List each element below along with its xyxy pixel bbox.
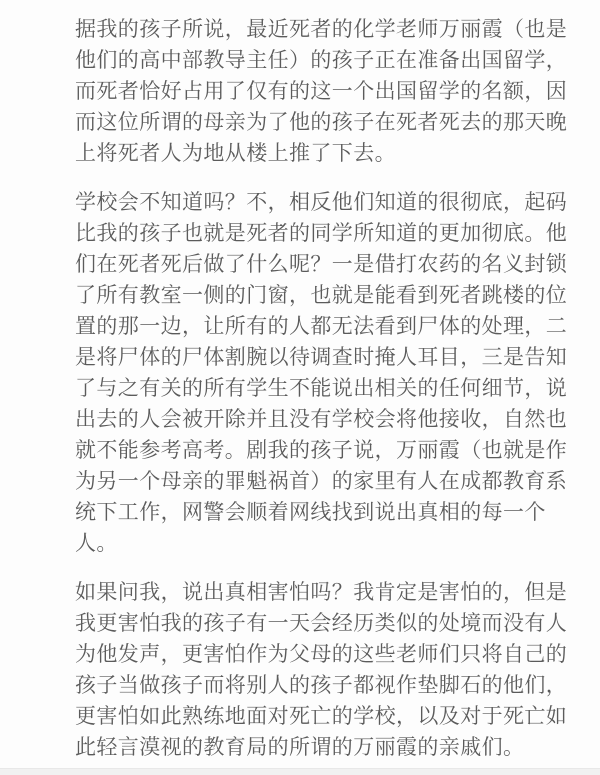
text-line: 就不能参考高考。剧我的孩子说，万丽霞（也就是作 <box>75 435 575 466</box>
text-line: 置的那一边，让所有的人都无法看到尸体的处理，二 <box>75 311 575 342</box>
paragraph-3: 如果问我，说出真相害怕吗？我肯定是害怕的，但是 我更害怕我的孩子有一天会经历类似… <box>75 577 575 763</box>
text-line: 而这位所谓的母亲为了他的孩子在死者死去的那天晚 <box>75 107 575 138</box>
text-line: 他们的高中部教导主任）的孩子正在准备出国留学， <box>75 45 575 76</box>
text-line: 我更害怕我的孩子有一天会经历类似的处境而没有人 <box>75 608 575 639</box>
text-line: 如果问我，说出真相害怕吗？我肯定是害怕的，但是 <box>75 577 575 608</box>
text-line: 上将死者人为地从楼上推了下去。 <box>75 138 575 169</box>
text-line: 是将尸体的尸体割腕以待调查时掩人耳目，三是告知 <box>75 342 575 373</box>
text-line: 人。 <box>75 528 575 559</box>
text-line: 出去的人会被开除并且没有学校会将他接收，自然也 <box>75 404 575 435</box>
text-line: 而死者恰好占用了仅有的这一个出国留学的名额，因 <box>75 76 575 107</box>
paragraph-1: 据我的孩子所说，最近死者的化学老师万丽霞（也是 他们的高中部教导主任）的孩子正在… <box>75 14 575 169</box>
text-line: 们在死者死后做了什么呢？一是借打农药的名义封锁 <box>75 249 575 280</box>
bottom-panel-edge <box>0 768 600 775</box>
text-line: 为他发声，更害怕作为父母的这些老师们只将自己的 <box>75 639 575 670</box>
text-line: 统下工作，网警会顺着网线找到说出真相的每一个 <box>75 497 575 528</box>
text-line: 孩子当做孩子而将别人的孩子都视作垫脚石的他们， <box>75 670 575 701</box>
text-line: 学校会不知道吗？不，相反他们知道的很彻底，起码 <box>75 187 575 218</box>
text-line: 据我的孩子所说，最近死者的化学老师万丽霞（也是 <box>75 14 575 45</box>
text-line: 比我的孩子也就是死者的同学所知道的更加彻底。他 <box>75 218 575 249</box>
paragraph-2: 学校会不知道吗？不，相反他们知道的很彻底，起码 比我的孩子也就是死者的同学所知道… <box>75 187 575 559</box>
text-line: 了所有教室一侧的门窗，也就是能看到死者跳楼的位 <box>75 280 575 311</box>
post-body-text: 据我的孩子所说，最近死者的化学老师万丽霞（也是 他们的高中部教导主任）的孩子正在… <box>75 14 575 763</box>
text-line: 了与之有关的所有学生不能说出相关的任何细节，说 <box>75 373 575 404</box>
text-line: 为另一个母亲的罪魁祸首）的家里有人在成都教育系 <box>75 466 575 497</box>
text-line: 此轻言漠视的教育局的所谓的万丽霞的亲戚们。 <box>75 732 575 763</box>
text-line: 更害怕如此熟练地面对死亡的学校，以及对于死亡如 <box>75 701 575 732</box>
